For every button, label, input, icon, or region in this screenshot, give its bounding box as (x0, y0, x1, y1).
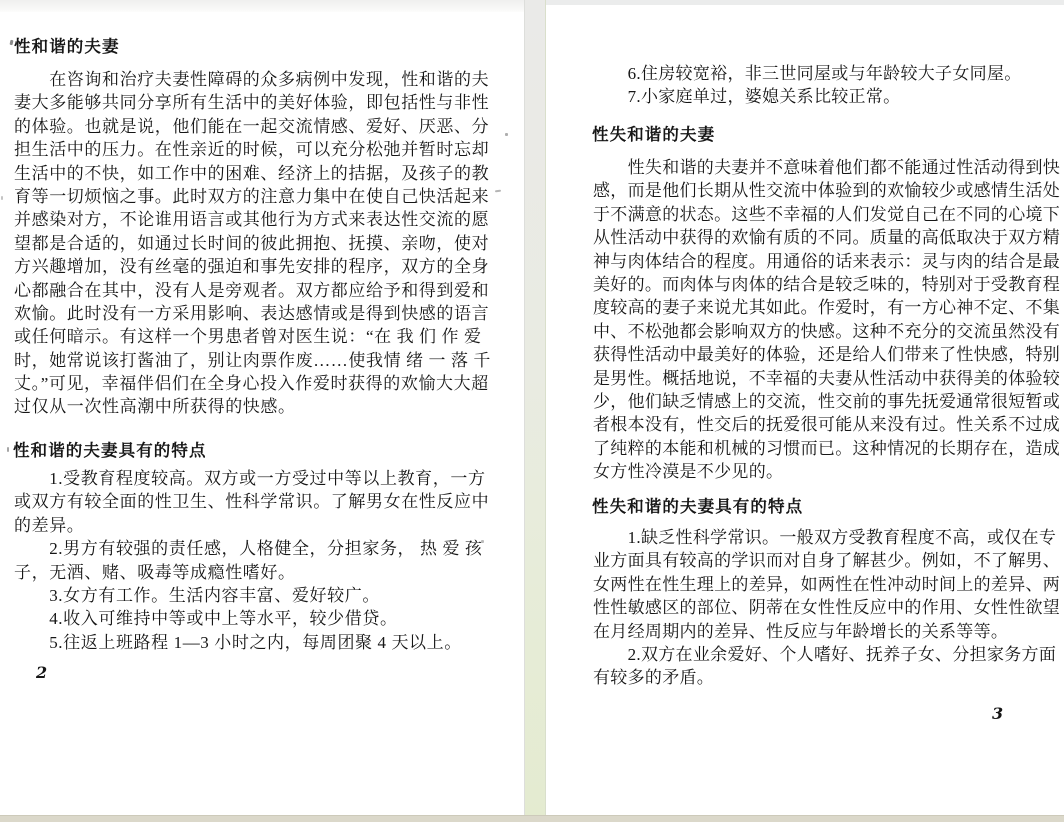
left-page-number: 2 (36, 663, 47, 682)
scan-artifact (1, 196, 3, 200)
scan-artifact (481, 540, 484, 543)
text-line: 方兴趣增加，没有丝毫的强迫和事先安排的程序，双方的全身 (14, 255, 492, 278)
text-line: 于不满意的状态。这些不幸福的人们发觉自己在不同的心境下 (593, 203, 1064, 226)
text-line: 获得性活动中最美好的体验，还是给人们带来了性快感，特别 (593, 343, 1064, 366)
right-paragraph: 性失和谐的夫妻并不意味着他们都不能通过性活动得到快感，而是他们长期从性交流中体验… (593, 156, 1064, 483)
text-line: 并感染对方，不论谁用语言或其他行为方式来表达性交流的愿 (14, 208, 492, 231)
text-line: 性失和谐的夫妻并不意味着他们都不能通过性活动得到快 (593, 156, 1064, 179)
text-line: 是男性。概括地说，不幸福的夫妻从性活动中获得美的体验较 (593, 367, 1064, 390)
text-line: 2.双方在业余爱好、个人嗜好、抚养子女、分担家务方面 (593, 643, 1064, 666)
top-left-page-edge (0, 0, 524, 12)
text-line: 少，他们缺乏情感上的交流，性交前的事先抚爱通常很短暂或 (593, 390, 1064, 413)
text-line: 神与肉体结合的程度。用通俗的话来表示：灵与肉的结合是最 (593, 250, 1064, 273)
text-line: 感，而是他们长期从性交流中体验到的欢愉较少或感情生活处 (593, 179, 1064, 202)
text-line: 或双方有较全面的性卫生、性科学常识。了解男女在性反应中 (14, 490, 492, 513)
text-line: 在月经周期内的差异、性反应与年龄增长的关系等等。 (593, 620, 1064, 643)
text-line: 生活中的不快，如工作中的困难、经济上的拮据，及孩子的教 (14, 162, 492, 185)
scan-artifact (505, 133, 508, 136)
text-line: 性性敏感区的部位、阴蒂在女性性反应中的作用、女性性欲望 (593, 596, 1064, 619)
chapter-title: 性和谐的夫妻 (14, 37, 120, 57)
text-line: 的差异。 (14, 514, 492, 537)
text-line: 业方面具有较高的学识而对自身了解甚少。例如，不了解男、 (593, 549, 1064, 572)
text-line: 中、不松弛都会影响双方的快感。这种不充分的交流虽然没有 (593, 320, 1064, 343)
right-page-number: 3 (992, 704, 1003, 723)
text-line: 度较高的妻子来说尤其如此。作爱时，有一方心神不定、不集 (593, 296, 1064, 319)
text-line: 有较多的矛盾。 (593, 666, 1064, 689)
text-line: 1.缺乏性科学常识。一般双方受教育程度不高，或仅在专 (593, 526, 1064, 549)
text-line: 妻大多能够共同分享所有生活中的美好体验，即包括性与非性 (14, 91, 492, 114)
text-line: 7.小家庭单过，婆媳关系比较正常。 (593, 85, 1064, 108)
text-line: 过仅从一次性高潮中所获得的快感。 (14, 395, 492, 418)
text-line: 女两性在性生理上的差异，如两性在性冲动时间上的差异、两 (593, 573, 1064, 596)
text-line: 了纯粹的本能和机械的习惯而已。这种情况的长期存在，造成 (593, 437, 1064, 460)
text-line: 3.女方有工作。生活内容丰富、爱好较广。 (14, 584, 492, 607)
text-line: 望都是合适的，如通过长时间的彼此拥抱、抚摸、亲吻，使对 (14, 232, 492, 255)
text-line: 1.受教育程度较高。双方或一方受过中等以上教育，一方 (14, 467, 492, 490)
text-line: 6.住房较宽裕，非三世同屋或与年龄较大子女同屋。 (593, 62, 1064, 85)
book-scan: 性和谐的夫妻 在咨询和治疗夫妻性障碍的众多病例中发现，性和谐的夫妻大多能够共同分… (0, 0, 1064, 822)
left-section-heading: 性和谐的夫妻具有的特点 (13, 441, 207, 461)
text-line: 从性活动中获得的欢愉有质的不同。质量的高低取决于双方精 (593, 226, 1064, 249)
right-top-items: 6.住房较宽裕，非三世同屋或与年龄较大子女同屋。 7.小家庭单过，婆媳关系比较正… (593, 62, 1064, 109)
text-line: 时，她常说该打酱油了，别让肉票作废……使我情 绪 一 落 千 (14, 349, 492, 372)
text-line: 者根本没有，性交后的抚爱很可能从来没有过。性关系不过成 (593, 413, 1064, 436)
book-gutter-shadow (524, 0, 546, 822)
text-line: 的体验。也就是说，他们能在一起交流情感、爱好、厌恶、分 (14, 115, 492, 138)
text-line: 2.男方有较强的责任感，人格健全，分担家务， 热 爱 孩 (14, 537, 492, 560)
scan-artifact (7, 447, 9, 452)
text-line: 5.往返上班路程 1—3 小时之内，每周团聚 4 天以上。 (14, 631, 492, 654)
left-feature-list: 1.受教育程度较高。双方或一方受过中等以上教育，一方或双方有较全面的性卫生、性科… (14, 467, 492, 654)
bottom-page-edge (0, 815, 1064, 822)
text-line: 美好的。而肉体与肉体的结合是较乏味的，特别对于受教育程 (593, 273, 1064, 296)
text-line: 女方性冷漠是不少见的。 (593, 460, 1064, 483)
right-section-heading-1: 性失和谐的夫妻 (592, 125, 715, 145)
text-line: 育等一切烦恼之事。此时双方的注意力集中在使自己快活起来 (14, 185, 492, 208)
text-line: 4.收入可维持中等或中上等水平，较少借贷。 (14, 607, 492, 630)
left-paragraph: 在咨询和治疗夫妻性障碍的众多病例中发现，性和谐的夫妻大多能够共同分享所有生活中的… (14, 68, 492, 419)
text-line: 欢愉。此时没有一方采用影响、表达感情或是得到快感的语言 (14, 302, 492, 325)
text-line: 担生活中的压力。在性亲近的时候，可以充分松弛并暂时忘却 (14, 138, 492, 161)
right-feature-list: 1.缺乏性科学常识。一般双方受教育程度不高，或仅在专业方面具有较高的学识而对自身… (593, 526, 1064, 690)
text-line: 在咨询和治疗夫妻性障碍的众多病例中发现，性和谐的夫 (14, 68, 492, 91)
text-line: 或任何暗示。有这样一个男患者曾对医生说：“在 我 们 作 爱 (14, 325, 492, 348)
text-line: 心都融合在其中，没有人是旁观者。双方都应给予和得到爱和 (14, 279, 492, 302)
right-section-heading-2: 性失和谐的夫妻具有的特点 (592, 497, 803, 517)
text-line: 子，无酒、赌、吸毒等成瘾性嗜好。 (14, 561, 492, 584)
scan-artifact (10, 40, 14, 46)
text-line: 丈。”可见，幸福伴侣们在全身心投入作爱时获得的欢愉大大超 (14, 372, 492, 395)
scan-artifact (495, 190, 501, 193)
